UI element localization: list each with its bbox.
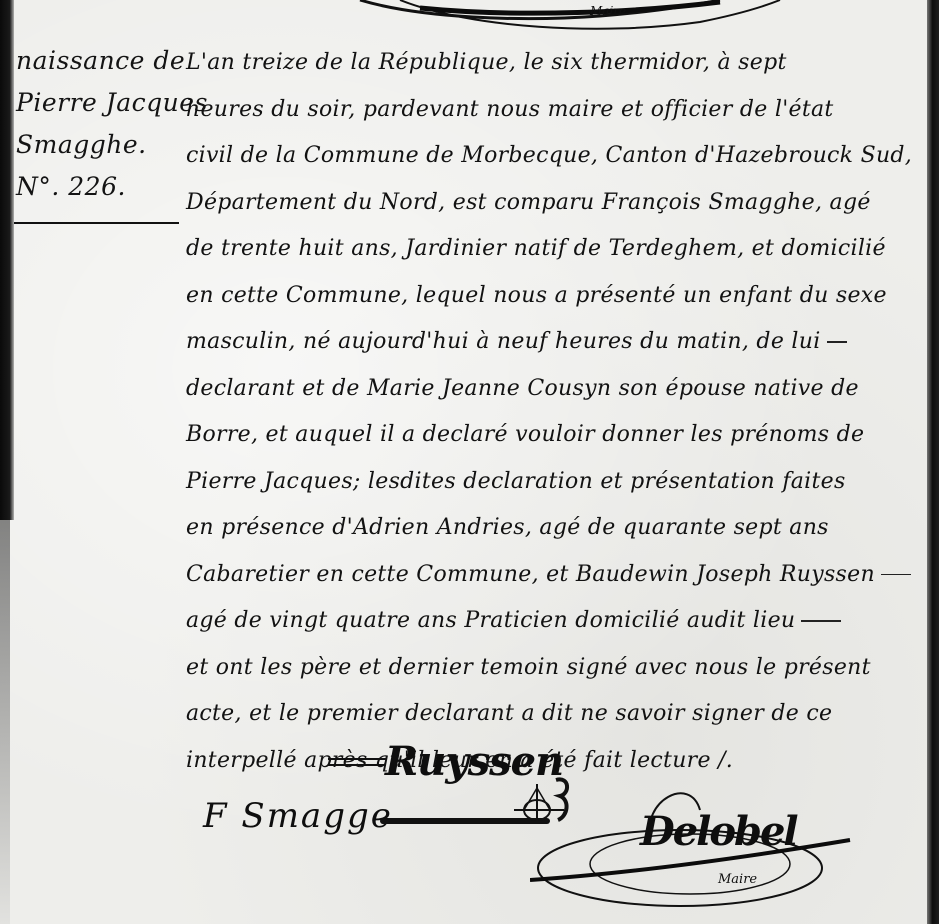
mayor-signature: Delobel bbox=[640, 808, 797, 855]
body-line: masculin, né aujourd'hui à neuf heures d… bbox=[186, 319, 916, 366]
binding-shadow-right bbox=[927, 0, 939, 924]
body-line: de trente huit ans, Jardinier natif de T… bbox=[186, 226, 916, 273]
binding-shadow-left bbox=[0, 0, 14, 520]
document-page: Maire naissance de Pierre Jacques Smaggh… bbox=[0, 0, 939, 924]
father-signature: F Smagge bbox=[203, 796, 393, 836]
previous-mayor-title: Maire bbox=[590, 4, 626, 18]
body-line: declarant et de Marie Jeanne Cousyn son … bbox=[186, 366, 916, 413]
margin-divider bbox=[14, 222, 179, 224]
margin-line-record-type: naissance de bbox=[16, 40, 186, 82]
body-line: en présence d'Adrien Andries, agé de qua… bbox=[186, 505, 916, 552]
body-line: Pierre Jacques; lesdites declaration et … bbox=[186, 459, 916, 506]
margin-line-entry-number: N°. 226. bbox=[16, 166, 186, 208]
body-line: Cabaretier en cette Commune, et Baudewin… bbox=[186, 552, 916, 599]
body-line: acte, et le premier declarant a dit ne s… bbox=[186, 691, 916, 738]
body-line: et ont les père et dernier temoin signé … bbox=[186, 645, 916, 692]
body-line: Département du Nord, est comparu Françoi… bbox=[186, 180, 916, 227]
body-line: L'an treize de la République, le six the… bbox=[186, 40, 916, 87]
witness-signature-underline bbox=[328, 758, 386, 768]
margin-annotation: naissance de Pierre Jacques Smagghe. N°.… bbox=[16, 40, 186, 230]
act-body: L'an treize de la République, le six the… bbox=[186, 40, 916, 784]
body-line: agé de vingt quatre ans Praticien domici… bbox=[186, 598, 916, 645]
mayor-title: Maire bbox=[718, 872, 757, 887]
body-line: civil de la Commune de Morbecque, Canton… bbox=[186, 133, 916, 180]
body-line: en cette Commune, lequel nous a présenté… bbox=[186, 273, 916, 320]
margin-line-surname: Smagghe. bbox=[16, 124, 186, 166]
body-line: heures du soir, pardevant nous maire et … bbox=[186, 87, 916, 134]
margin-line-given-names: Pierre Jacques bbox=[16, 82, 186, 124]
binding-shadow-left-fade bbox=[0, 520, 10, 924]
body-line: Borre, et auquel il a declaré vouloir do… bbox=[186, 412, 916, 459]
